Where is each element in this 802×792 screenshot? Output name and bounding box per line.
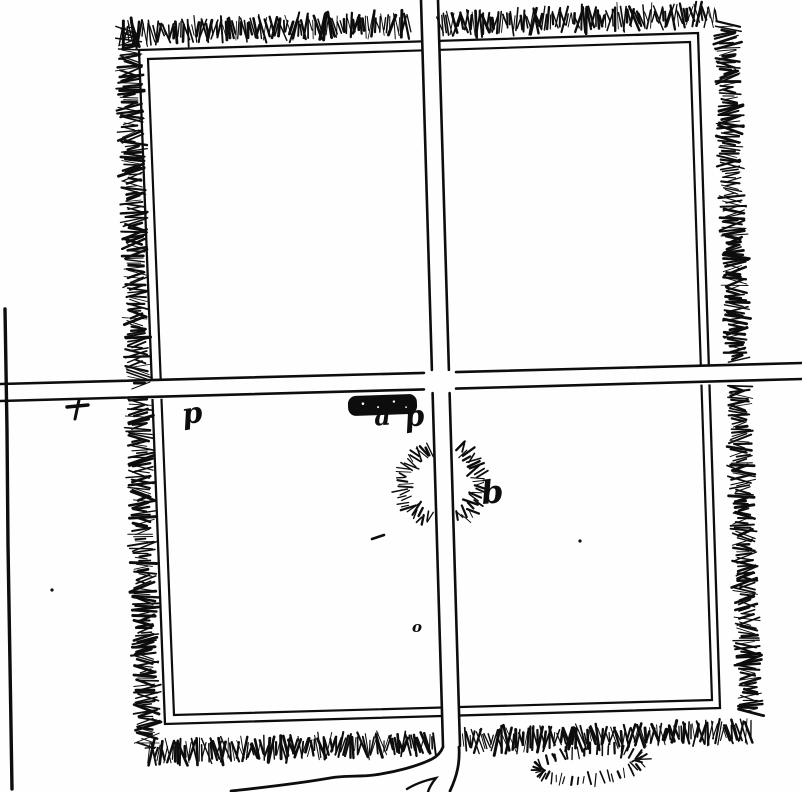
oval-clump (532, 743, 652, 787)
dash-mark (372, 535, 384, 539)
scanned-estate-plan: a p p b o (0, 0, 802, 792)
dot-mark-west (50, 588, 53, 591)
cross-mark (67, 400, 88, 419)
dot-mark-east (578, 539, 581, 542)
boundary-line (5, 309, 12, 789)
plan-drawing (0, 0, 802, 792)
building-block (348, 394, 418, 416)
